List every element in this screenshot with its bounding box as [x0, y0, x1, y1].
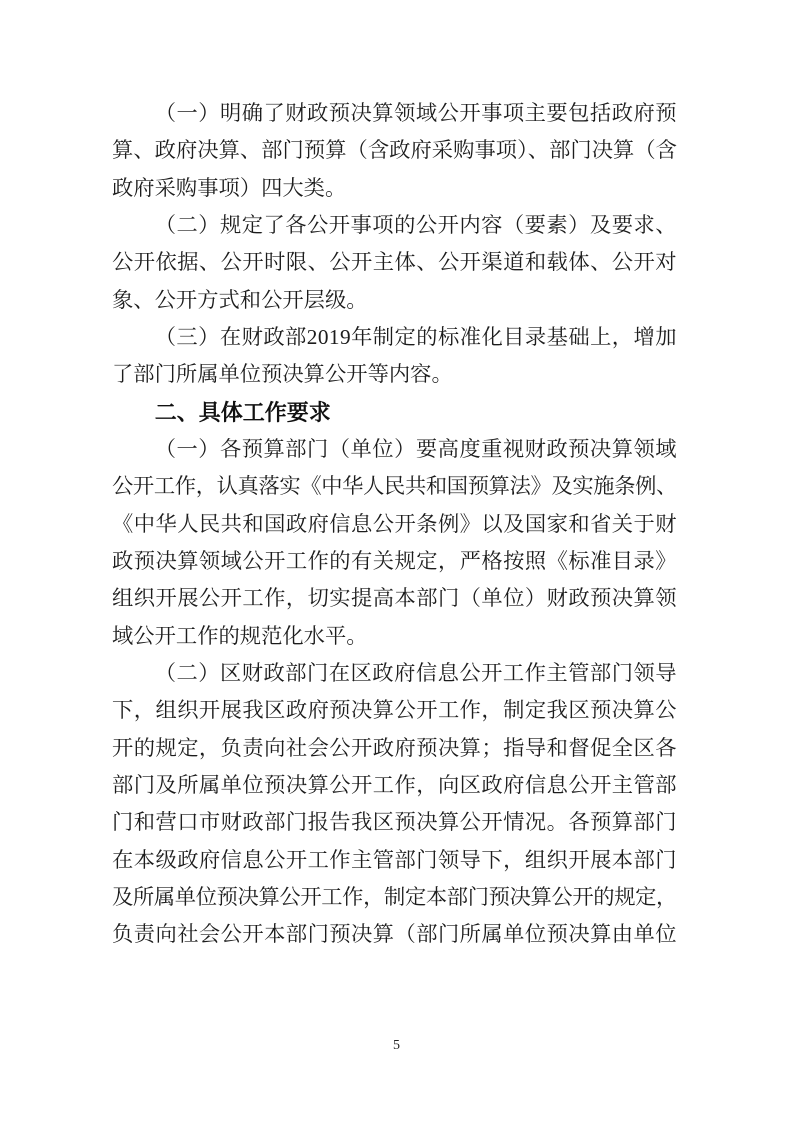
- text-line: 公开工作，认真落实《中华人民共和国预算法》及实施条例、: [112, 468, 677, 505]
- document-body: （一）明确了财政预决算领域公开事项主要包括政府预算、政府决算、部门预算（含政府采…: [112, 95, 677, 954]
- text-line: 在本级政府信息公开工作主管部门领导下，组织开展本部门: [112, 842, 677, 879]
- page-footer: 5: [0, 1038, 793, 1054]
- paragraph: （二）规定了各公开事项的公开内容（要素）及要求、公开依据、公开时限、公开主体、公…: [112, 207, 677, 319]
- text-line: 部门及所属单位预决算公开工作，向区政府信息公开主管部: [112, 767, 677, 804]
- paragraph: （二）区财政部门在区政府信息公开工作主管部门领导下，组织开展我区政府预决算公开工…: [112, 655, 677, 954]
- text-line: （一）明确了财政预决算领域公开事项主要包括政府预: [112, 95, 677, 132]
- page-number: 5: [393, 1038, 400, 1053]
- text-line: 政预决算领域公开工作的有关规定，严格按照《标准目录》: [112, 543, 677, 580]
- text-line: 算、政府决算、部门预算（含政府采购事项）、部门决算（含: [112, 132, 677, 169]
- text-line: 组织开展公开工作，切实提高本部门（单位）财政预决算领: [112, 580, 677, 617]
- text-line: 了部门所属单位预决算公开等内容。: [112, 356, 677, 393]
- text-line: 公开依据、公开时限、公开主体、公开渠道和载体、公开对: [112, 244, 677, 281]
- text-line: 象、公开方式和公开层级。: [112, 282, 677, 319]
- text-line: 开的规定，负责向社会公开政府预决算；指导和督促全区各: [112, 730, 677, 767]
- paragraph: （三）在财政部2019年制定的标准化目录基础上，增加了部门所属单位预决算公开等内…: [112, 319, 677, 394]
- text-line: （三）在财政部2019年制定的标准化目录基础上，增加: [112, 319, 677, 356]
- text-line: 政府采购事项）四大类。: [112, 170, 677, 207]
- paragraph: （一）明确了财政预决算领域公开事项主要包括政府预算、政府决算、部门预算（含政府采…: [112, 95, 677, 207]
- text-line: 下，组织开展我区政府预决算公开工作，制定我区预决算公: [112, 692, 677, 729]
- text-line: 域公开工作的规范化水平。: [112, 618, 677, 655]
- text-line: 门和营口市财政部门报告我区预决算公开情况。各预算部门: [112, 804, 677, 841]
- text-line: （二）规定了各公开事项的公开内容（要素）及要求、: [112, 207, 677, 244]
- heading-line: 二、具体工作要求: [112, 394, 677, 431]
- text-line: （二）区财政部门在区政府信息公开工作主管部门领导: [112, 655, 677, 692]
- paragraph: （一）各预算部门（单位）要高度重视财政预决算领域公开工作，认真落实《中华人民共和…: [112, 431, 677, 655]
- text-line: 负责向社会公开本部门预决算（部门所属单位预决算由单位: [112, 916, 677, 953]
- text-line: （一）各预算部门（单位）要高度重视财政预决算领域: [112, 431, 677, 468]
- document-page: （一）明确了财政预决算领域公开事项主要包括政府预算、政府决算、部门预算（含政府采…: [0, 0, 793, 1122]
- text-line: 《中华人民共和国政府信息公开条例》以及国家和省关于财: [112, 506, 677, 543]
- section-heading: 二、具体工作要求: [112, 394, 677, 431]
- text-line: 及所属单位预决算公开工作，制定本部门预决算公开的规定，: [112, 879, 677, 916]
